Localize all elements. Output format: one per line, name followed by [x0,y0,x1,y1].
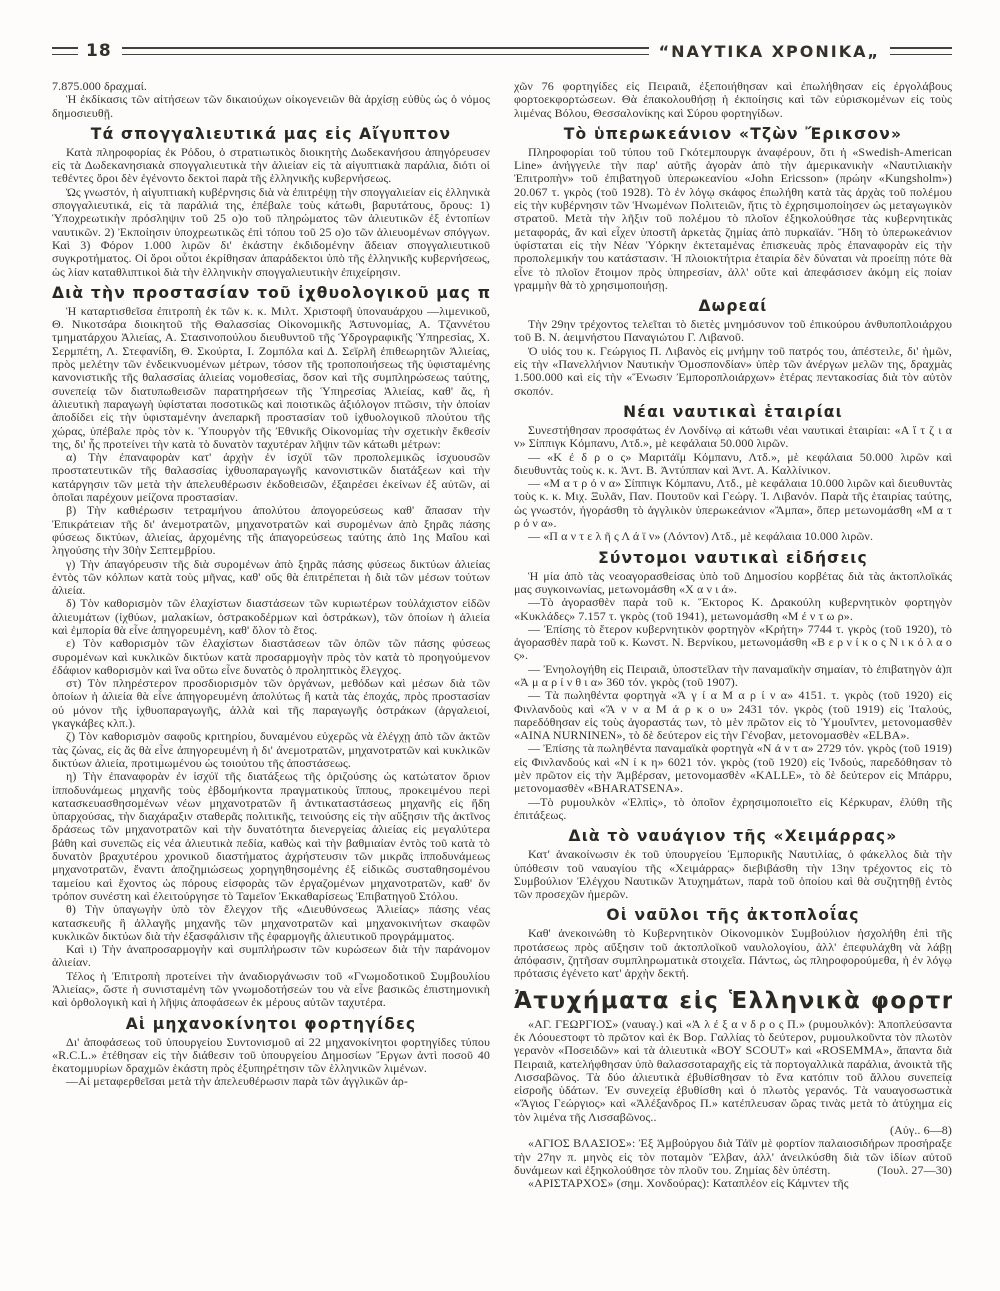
paragraph: Τὴν 29ην τρέχοντος τελεῖται τὸ διετὲς μν… [514,318,952,345]
header-rule-right [890,47,952,55]
section-heading: Αἱ μηχανοκίνητοι φορτηγίδες [52,1015,490,1033]
paragraph: — Ἐπίσης τὸ ἕτερον κυβερνητικὸν φορτηγὸν… [514,623,952,663]
section-heading: Οἱ ναῦλοι τῆς ἀκτοπλοΐας [514,906,952,924]
header-rule-center [122,47,649,55]
magazine-title: “ΝΑΥΤΙΚΑ ΧΡΟΝΙΚΑ„ [659,42,880,61]
paragraph: χῶν 76 φορτηγίδες εἰς Πειραιᾶ, ἐξεποιήθη… [514,80,952,120]
paragraph: Ὁ υἱός του κ. Γεώργιος Π. Λιβανὸς εἰς μν… [514,345,952,398]
magazine-page: 18 “ΝΑΥΤΙΚΑ ΧΡΟΝΙΚΑ„ 7.875.000 δραχμαί.Ἡ… [0,0,1000,1291]
paragraph: Καθ' ἀνεκοινώθη τὸ Κυβερνητικὸν Οἰκονομι… [514,927,952,980]
section-heading: Τὸ ὑπερωκεάνιον «Τζὼν Ἔρικσον» [514,125,952,143]
paragraph: ε) Τὸν καθορισμὸν τῶν ἐλαχίστων διαστάσε… [52,637,490,677]
paragraph: — Ἐπίσης τὰ πωληθέντα παναμαϊκὰ φορτηγὰ … [514,742,952,795]
paragraph: Ἡ καταρτισθεῖσα ἐπιτροπὴ ἐκ τῶν κ. κ. Μι… [52,305,490,451]
paragraph: — «Π α ν τ ε λ ῆ ς Λ ά ϊ ν» (Λόντον) Λτδ… [514,530,952,543]
section-heading: Διὰ τὴν προστασίαν τοῦ ἰχθυολογικοῦ μας … [52,284,490,302]
paragraph: — Τὰ πωληθέντα φορτηγὰ «Ἁ γ ί α Μ α ρ ί … [514,689,952,742]
paragraph: ζ) Τὸν καθορισμὸν σαφοῦς κριτηρίου, δυνα… [52,730,490,770]
paragraph: Πληροφορίαι τοῦ τύπου τοῦ Γκότεμπουργκ ἀ… [514,146,952,292]
paragraph: Ἡ ἐκδίκασις τῶν αἰτήσεων τῶν δικαιούχων … [52,93,490,120]
section-heading: Τά σπογγαλιευτικά μας εἰς Αἴγυπτον [52,125,490,143]
right-column: χῶν 76 φορτηγίδες εἰς Πειραιᾶ, ἐξεποιήθη… [514,80,952,1190]
paragraph: —Τὸ ρυμουλκὸν «Ἐλπὶς», τὸ ὁποῖον ἐχρησιμ… [514,796,952,823]
paragraph: στ) Τὸν πληρέστερον προσδιορισμὸν τῶν ὀρ… [52,677,490,730]
paragraph: (Αὐγ.. 6—8) [514,1124,952,1137]
section-heading: Σύντομοι ναυτικαὶ εἰδήσεις [514,549,952,567]
paragraph: Δι' ἀποφάσεως τοῦ ὑπουργείου Συντονισμοῦ… [52,1036,490,1076]
paragraph: —Αἱ μεταφερθεῖσαι μετὰ τὴν ἀπελευθέρωσιν… [52,1075,490,1088]
paragraph: 7.875.000 δραχμαί. [52,80,490,93]
paragraph: β) Τὴν καθιέρωσιν τετραμήνου ἀπολύτου ἀπ… [52,504,490,557]
date-note: (Ἰουλ. 27—30) [863,1164,952,1177]
paragraph: Καὶ ι) Τὴν ἀναπροσαρμογὴν καὶ συμπλήρωσι… [52,943,490,970]
left-column: 7.875.000 δραχμαί.Ἡ ἐκδίκασις τῶν αἰτήσε… [52,80,490,1190]
paragraph: δ) Τὸν καθορισμὸν τῶν ἐλαχίστων διαστάσε… [52,597,490,637]
paragraph: γ) Τὴν ἀπαγόρευσιν τῆς διὰ συρομένων ἀπὸ… [52,558,490,598]
paragraph: «ΑΓ. ΓΕΩΡΓΙΟΣ» (ναυαγ.) καὶ «Ἀ λ έ ξ α ν… [514,1018,952,1124]
paragraph: η) Τὴν ἐπαναφορὰν ἐν ἰσχύϊ τῆς διατάξεως… [52,770,490,903]
page-number: 18 [86,41,112,61]
paragraph: «ΑΡΙΣΤΑΡΧΟΣ» (σημ. Χονδούρας): Καταπλέον… [514,1177,952,1190]
paragraph: — «Κ έ δ ρ ο ς» Μαριτάϊμ Κόμπανυ, Λτδ.»,… [514,451,952,478]
header-rule-left [52,47,78,55]
article-heading: Ἀτυχήματα εἰς Ἑλληνικὰ φορτηγὰ [514,988,952,1014]
paragraph: — Ἐνηολογήθη εἰς Πειραιᾶ, ὑποστεῖλαν τὴν… [514,663,952,690]
section-heading: Νέαι ναυτικαὶ ἑταιρίαι [514,403,952,421]
section-heading: Διὰ τὸ ναυάγιον τῆς «Χειμάρρας» [514,827,952,845]
paragraph: «ΑΓΙΟΣ ΒΛΑΣΙΟΣ»: Ἐξ Ἁμβούργου διὰ Τάϊν μ… [514,1137,952,1177]
paragraph: Κατ' ἀνακοίνωσιν ἐκ τοῦ ὑπουργείου Ἐμπορ… [514,848,952,901]
paragraph: θ) Τὴν ὑπαγωγὴν ὑπὸ τὸν ἔλεγχον τῆς «Διε… [52,903,490,943]
paragraph: Τέλος ἡ Ἐπιτροπὴ προτείνει τὴν ἀναδιοργά… [52,970,490,1010]
paragraph: Συνεστήθησαν προσφάτως ἐν Λονδίνῳ αἱ κάτ… [514,424,952,451]
paragraph: Κατὰ πληροφορίας ἐκ Ρόδου, ὁ στρατιωτικὸ… [52,146,490,186]
paragraph: — «Μ α τ ρ ό ν α» Σίππιγκ Κόμπανυ, Λτδ.,… [514,477,952,530]
paragraph: —Τὸ ἀγορασθὲν παρὰ τοῦ κ. Ἕκτορος Κ. Δρα… [514,596,952,623]
paragraph: Ὡς γνωστόν, ἡ αἰγυπτιακὴ κυβέρνησις διὰ … [52,186,490,279]
running-head: 18 “ΝΑΥΤΙΚΑ ΧΡΟΝΙΚΑ„ [52,40,952,62]
article-columns: 7.875.000 δραχμαί.Ἡ ἐκδίκασις τῶν αἰτήσε… [52,80,952,1190]
section-heading: Δωρεαί [514,297,952,315]
paragraph: Ἡ μία ἀπὸ τὰς νεοαγορασθείσας ὑπὸ τοῦ Δη… [514,570,952,597]
paragraph: α) Τὴν ἐπαναφορὰν κατ' ἀρχὴν ἐν ἰσχύϊ τῶ… [52,451,490,504]
